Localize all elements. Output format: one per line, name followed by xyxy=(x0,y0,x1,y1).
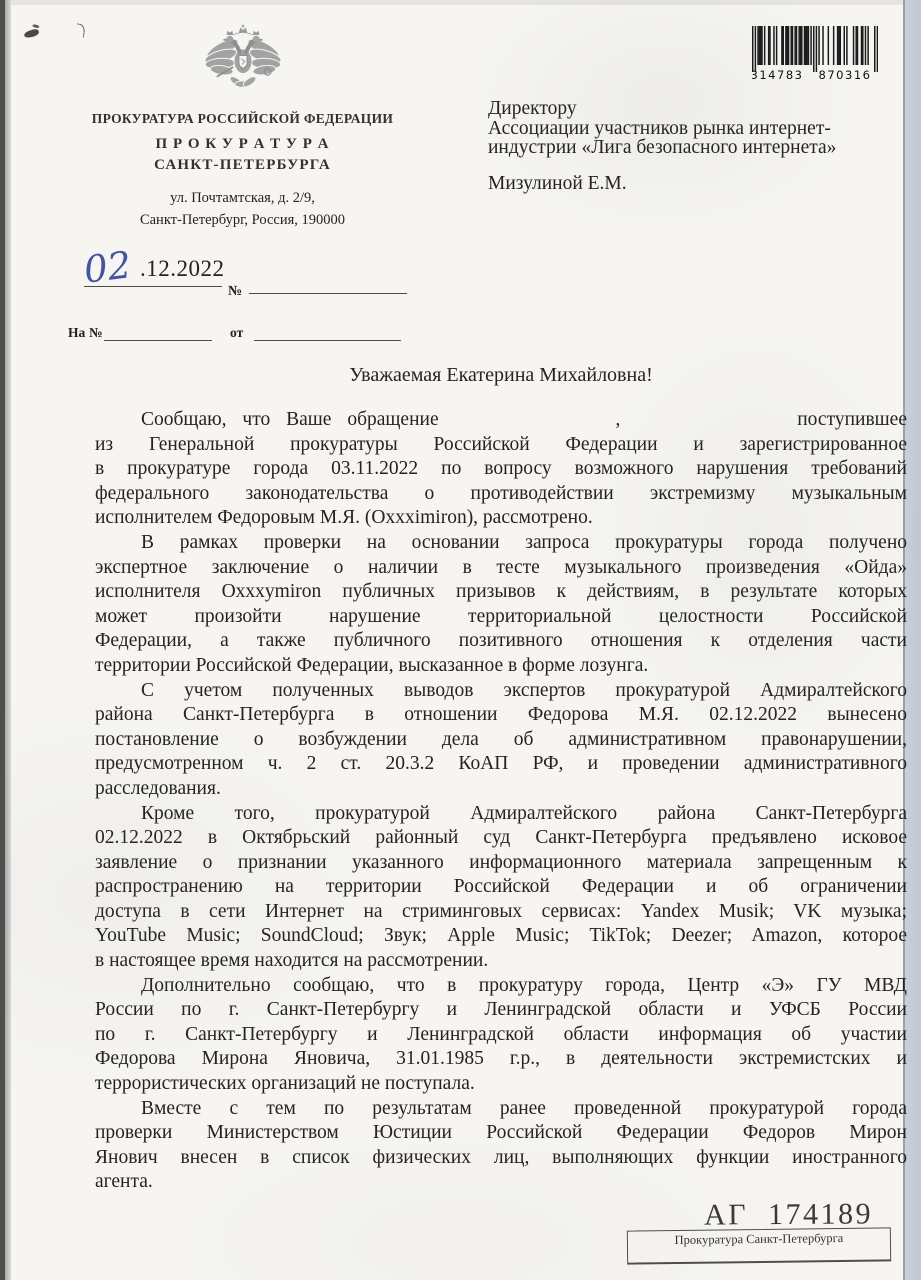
typed-date: .12.2022 xyxy=(140,256,225,282)
body-line: С учетом полученных выводов экспертов пр… xyxy=(95,679,907,704)
recipient-line: индустрии «Лига безопасного интернета» xyxy=(488,138,912,158)
body-line: постановление о возбуждении дела об адми… xyxy=(95,728,907,753)
svg-text:870316: 870316 xyxy=(819,68,872,82)
letterhead: ПРОКУРАТУРА РОССИЙСКОЙ ФЕДЕРАЦИИ П Р О К… xyxy=(60,0,425,229)
org-federation-title: ПРОКУРАТУРА РОССИЙСКОЙ ФЕДЕРАЦИИ xyxy=(60,111,425,127)
org-address-street: ул. Почтамтская, д. 2/9, xyxy=(60,190,425,207)
body-line: проверки Министерством Юстиции Российско… xyxy=(95,1121,907,1146)
body-line: может произойти нарушение территориально… xyxy=(95,605,907,630)
body-line: Федорова Мирона Яновича, 31.01.1985 г.р.… xyxy=(95,1047,907,1072)
barcode: 314783870316 xyxy=(752,26,878,84)
number-underline xyxy=(249,293,407,294)
org-city: САНКТ-ПЕТЕРБУРГА xyxy=(60,157,425,174)
body-line: района Санкт-Петербурга в отношении Федо… xyxy=(95,703,907,728)
body-line: доступа в сети Интернет на стриминговых … xyxy=(95,900,907,925)
body-line: исполнителя Oxxxymiron публичных призыво… xyxy=(95,580,907,605)
paragraph: С учетом полученных выводов экспертов пр… xyxy=(95,679,907,802)
body-line: агента. xyxy=(95,1170,907,1195)
body-line: Сообщаю, что Ваше обращение,поступившее xyxy=(95,408,907,433)
paragraph: Дополнительно сообщаю, что в прокуратуру… xyxy=(95,974,907,1097)
body-line: федерального законодательства о противод… xyxy=(95,482,907,507)
body-line: предусмотренном ч. 2 ст. 20.3.2 КоАП РФ,… xyxy=(95,752,907,777)
stamp-box: Прокуратура Санкт-Петербурга xyxy=(627,1227,891,1264)
reply-number-sign: № xyxy=(89,325,103,341)
scan-left-edge-shadow xyxy=(5,0,11,1280)
body-line: YouTube Music; SoundCloud; Звук; Apple M… xyxy=(95,924,907,949)
body-line: исполнителем Федоровым М.Я. (Oxxximiron)… xyxy=(95,506,907,531)
body-line: расследования. xyxy=(95,777,907,802)
letter-body: Сообщаю, что Ваше обращение,поступившееи… xyxy=(95,408,907,1195)
body-line: в прокуратуре города 03.11.2022 по вопро… xyxy=(95,457,907,482)
paragraph: Сообщаю, что Ваше обращение,поступившееи… xyxy=(95,408,907,531)
coat-of-arms-icon xyxy=(202,24,284,100)
handwritten-date: 02 xyxy=(82,243,134,291)
recipient-line: Ассоциации участников рынка интернет- xyxy=(488,119,912,139)
recipient-block: Директору Ассоциации участников рынка ин… xyxy=(488,99,912,193)
body-line: в настоящее время находится на рассмотре… xyxy=(95,949,907,974)
body-line: распространению на территории Российской… xyxy=(95,875,907,900)
body-line: В рамках проверки на основании запроса п… xyxy=(95,531,907,556)
stamp-box-label: Прокуратура Санкт-Петербурга xyxy=(675,1231,844,1248)
recipient-name: Мизулиной Е.М. xyxy=(488,174,912,194)
body-line: экспертное заключение о наличии в тесте … xyxy=(95,556,907,581)
recipient-line: Директору xyxy=(488,99,912,119)
paragraph: Вместе с тем по результатам ранее провед… xyxy=(95,1097,907,1195)
body-line: заявление о признании указанного информа… xyxy=(95,851,907,876)
from-date-label: от xyxy=(230,325,243,341)
body-line: Янович внесен в список физических лиц, в… xyxy=(95,1146,907,1171)
body-line: территории Российской Федерации, высказа… xyxy=(95,654,907,679)
reply-to-label: На xyxy=(68,325,85,341)
body-line: Федерации, а также публичного позитивног… xyxy=(95,629,907,654)
org-address-city: Санкт-Петербург, Россия, 190000 xyxy=(60,212,425,229)
body-line: Дополнительно сообщаю, что в прокуратуру… xyxy=(95,974,907,999)
body-line: террористических организаций не поступал… xyxy=(95,1072,907,1097)
number-sign: № xyxy=(228,284,242,300)
from-date-underline xyxy=(254,340,401,341)
ink-mark xyxy=(23,28,39,38)
body-line: из Генеральной прокуратуры Российской Фе… xyxy=(95,433,907,458)
scanned-letter-page: ПРОКУРАТУРА РОССИЙСКОЙ ФЕДЕРАЦИИ П Р О К… xyxy=(0,0,921,1280)
body-line: по г. Санкт-Петербургу и Ленинградской о… xyxy=(95,1023,907,1048)
reply-number-underline xyxy=(104,340,212,341)
svg-text:314783: 314783 xyxy=(752,68,803,82)
body-line: Кроме того, прокуратурой Адмиралтейского… xyxy=(95,802,907,827)
body-line: России по г. Санкт-Петербургу и Ленингра… xyxy=(95,998,907,1023)
salutation: Уважаемая Екатерина Михайловна! xyxy=(95,364,907,387)
body-line: Вместе с тем по результатам ранее провед… xyxy=(95,1097,907,1122)
org-name: П Р О К У Р А Т У Р А xyxy=(60,136,425,153)
paragraph: Кроме того, прокуратурой Адмиралтейского… xyxy=(95,802,907,974)
date-underline xyxy=(84,286,222,287)
body-line: 02.12.2022 в Октябрьский районный суд Са… xyxy=(95,826,907,851)
paragraph: В рамках проверки на основании запроса п… xyxy=(95,531,907,679)
